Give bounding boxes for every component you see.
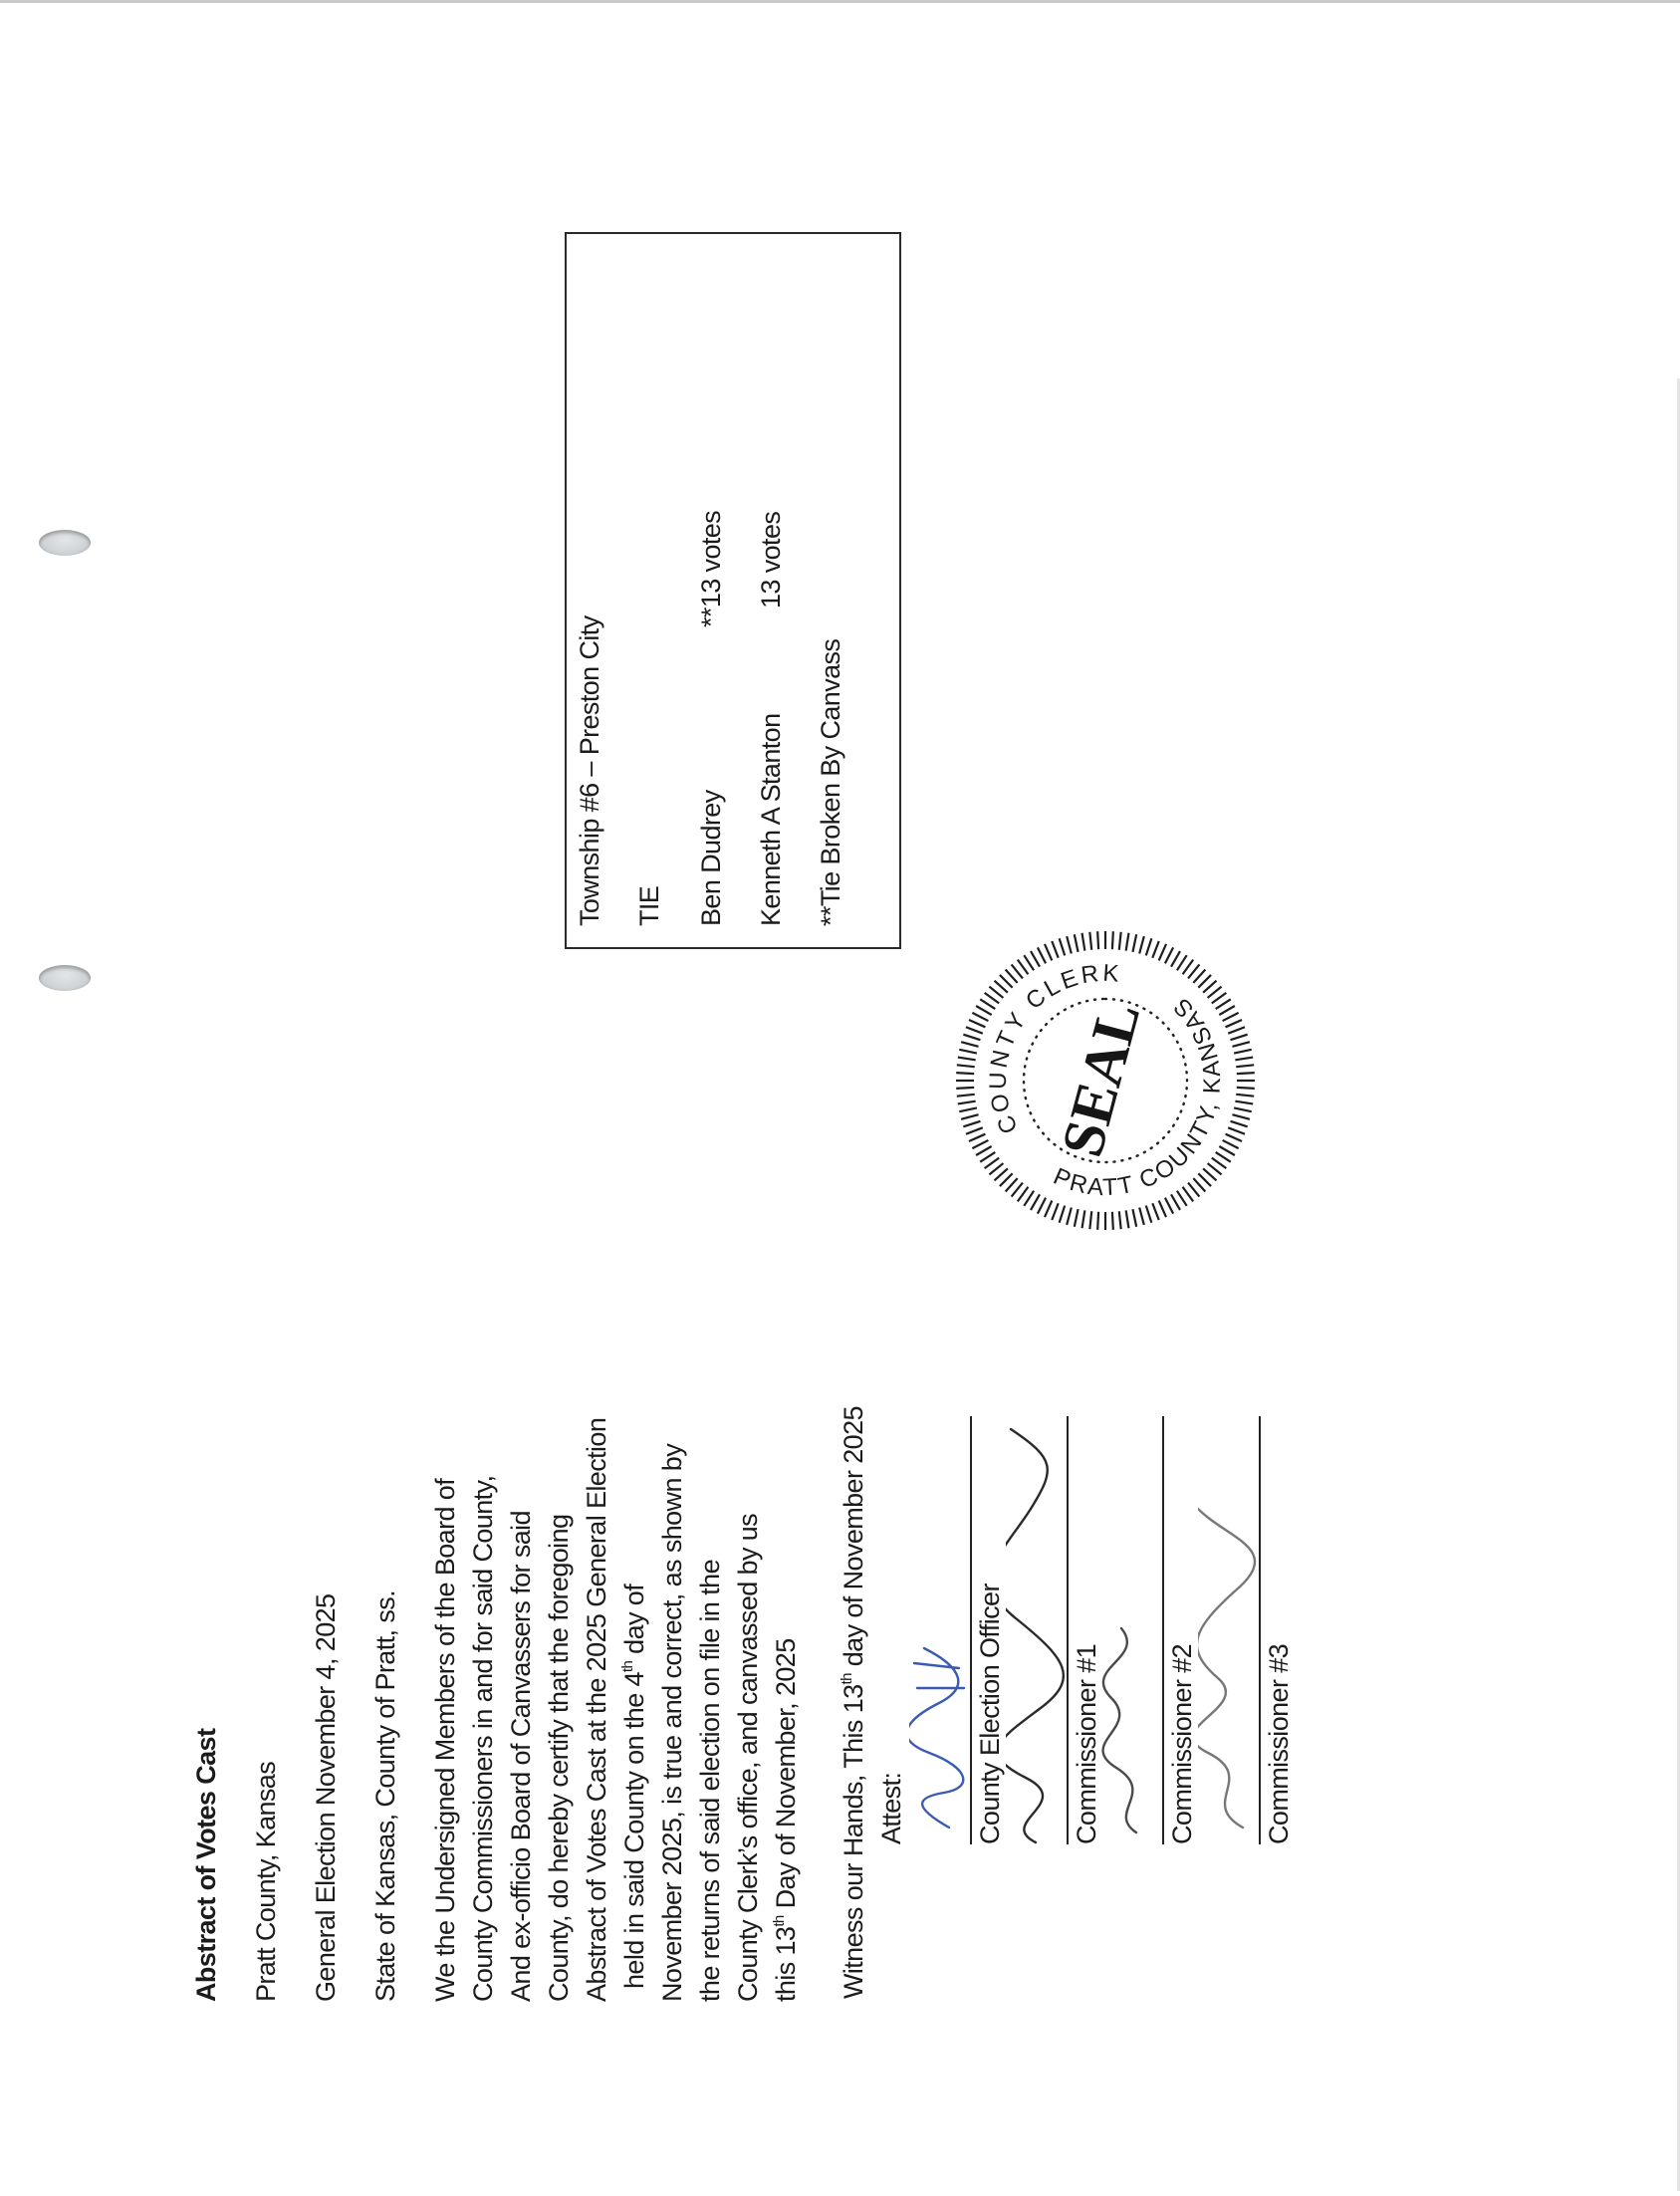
rotated-document-page: Abstract of Votes Cast Pratt County, Kan… <box>0 0 1680 2196</box>
candidate-votes-1: **13 votes <box>696 511 726 627</box>
document-title: Abstract of Votes Cast <box>191 1729 221 2002</box>
tie-footnote: **Tie Broken By Canvass <box>816 639 845 926</box>
certification-line: County Commissioners in and for said Cou… <box>468 1476 498 2002</box>
election-line: General Election November 4, 2025 <box>311 1594 341 2002</box>
signature-label: County Election Officer <box>975 1584 1005 1844</box>
county-line: Pratt County, Kansas <box>251 1762 281 2002</box>
attest-label: Attest: <box>876 1773 906 1844</box>
candidate-name-2: Kenneth A Stanton <box>756 714 786 927</box>
candidate-votes-2: 13 votes <box>756 512 786 609</box>
certification-line: Abstract of Votes Cast at the 2025 Gener… <box>582 1418 611 2002</box>
venue-line: State of Kansas, County of Pratt, ss. <box>370 1590 400 2002</box>
certification-line: And ex-officio Board of Canvassers for s… <box>506 1511 536 2002</box>
certification-line: November 2025, is true and correct, as s… <box>657 1444 687 2002</box>
certification-line: We the Undersigned Members of the Board … <box>430 1479 460 2002</box>
certification-line: held in said County on the 4th day of <box>619 1585 649 1989</box>
witness-line: Witness our Hands, This 13th day of Nove… <box>839 1406 868 1999</box>
signature-label: Commissioner #3 <box>1264 1644 1294 1844</box>
certification-line: the returns of said election on file in … <box>695 1560 725 2002</box>
race-title: Township #6 – Preston City <box>575 615 604 926</box>
certification-line: this 13th Day of November, 2025 <box>771 1638 801 2002</box>
tie-status: TIE <box>634 886 664 926</box>
certification-line: County Clerk’s office, and canvassed by … <box>733 1514 763 2002</box>
handwritten-signature <box>1198 1409 1268 1847</box>
county-clerk-seal-stamp: COUNTY CLERK PRATT COUNTY, KANSAS SEAL <box>951 926 1260 1235</box>
seal-center-text: SEAL <box>1049 995 1152 1162</box>
signature-label: Commissioner #1 <box>1072 1644 1101 1844</box>
signature-label: Commissioner #2 <box>1167 1644 1197 1844</box>
candidate-name-1: Ben Dudrey <box>696 790 726 926</box>
handwritten-signature <box>909 1399 979 1837</box>
certification-line: County, do hereby certify that the foreg… <box>544 1515 574 2002</box>
result-box: Township #6 – Preston City TIE Ben Dudre… <box>565 232 901 949</box>
handwritten-signature <box>1101 1409 1171 1847</box>
handwritten-signature <box>1006 1409 1076 1847</box>
